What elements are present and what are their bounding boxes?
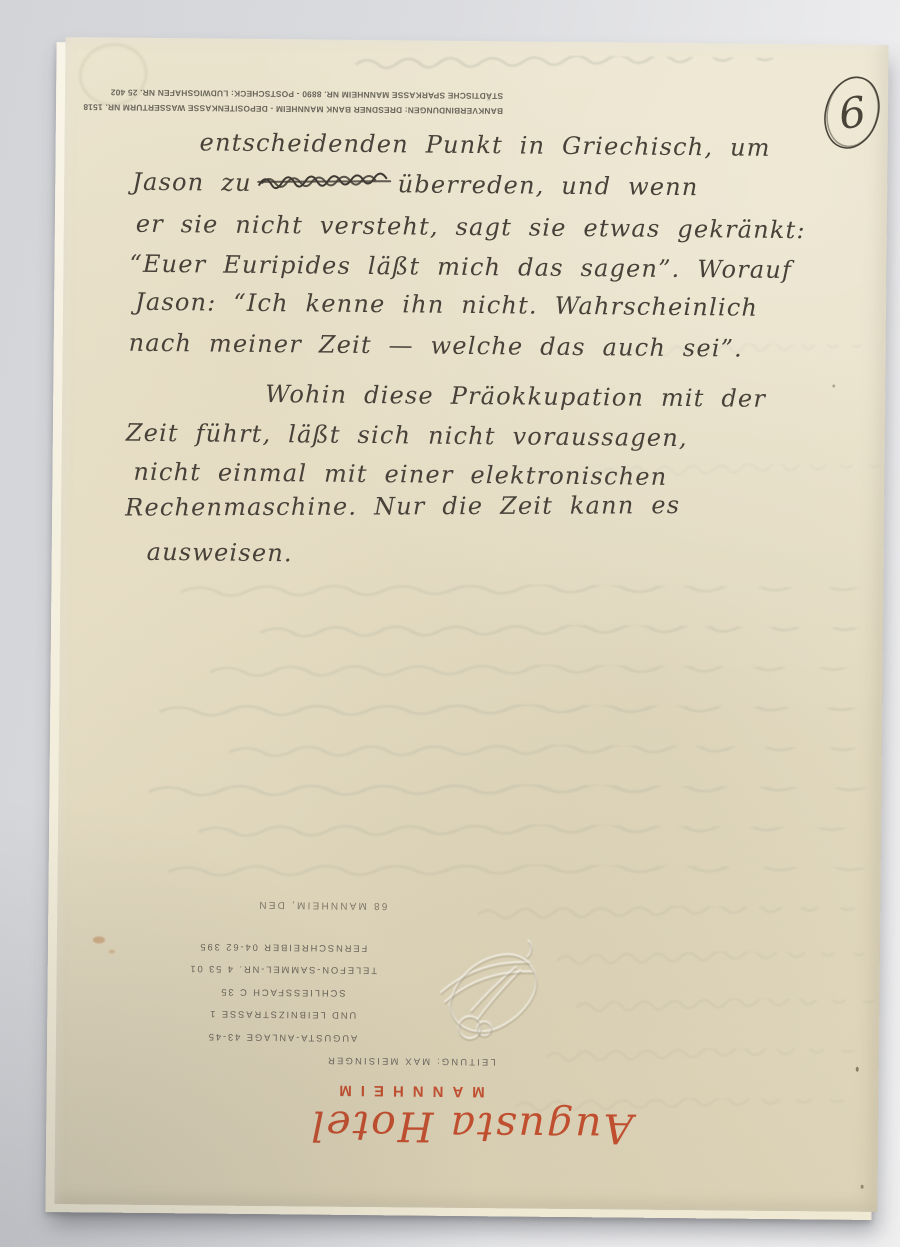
bank-footer-text: BANKVERBINDUNGEN: DRESDNER BANK MANNHEIM… [111,85,503,119]
address-line: SCHLIESSFACH C 35 [154,980,410,1005]
handwritten-line: Jason: “Ich kenne ihn nicht. Wahrscheinl… [135,288,758,322]
address-line: TELEFON-SAMMEL-NR. 4 53 01 [155,957,411,982]
bleedthrough-ghost [355,54,775,76]
handwritten-line: Jason zuüberreden, und wenn [132,168,699,201]
scanner-background: BANKVERBINDUNGEN: DRESDNER BANK MANNHEIM… [0,0,900,1247]
letter-page: BANKVERBINDUNGEN: DRESDNER BANK MANNHEIM… [54,37,888,1212]
address-block: AUGUSTA-ANLAGE 43-45 UND LEIBNIZSTRASSE … [154,935,411,1050]
scanned-letter-screenshot: { "page": { "circled_number": "6" }, "pr… [0,0,900,1247]
management-line: LEITUNG: MAX MEISINGER [318,1056,504,1069]
age-spot [93,936,105,943]
speck [856,1067,859,1072]
speck [861,1185,864,1189]
handwritten-line: “Euer Euripides läßt mich das sagen”. Wo… [129,250,792,284]
handwritten-line: nicht einmal mit einer elektronischen [133,458,667,491]
age-spot [109,950,115,954]
bleedthrough-ghost [546,1047,856,1068]
page-number-digit: 6 [836,87,869,139]
hotel-name-script: Augusta Hotel [273,1101,669,1153]
bleedthrough-ghost [168,861,868,886]
bleedthrough-ghost [180,581,860,606]
embossed-seal-icon [431,937,550,1044]
bleedthrough-ghost [148,781,868,806]
bleedthrough-ghost [198,821,848,845]
handwritten-line: ausweisen. [147,538,293,567]
bleedthrough-ghost [557,950,867,971]
bleedthrough-ghost [576,997,876,1018]
handwritten-line: Zeit führt, läßt sich nicht voraussagen, [126,419,688,452]
address-line: UND LEIBNIZSTRASSE 1 [154,1002,410,1027]
bleedthrough-ghost [477,904,857,926]
hotel-city: MANNHEIM [320,1082,494,1101]
bleedthrough-ghost [209,661,849,685]
handwritten-text: Jason zu [132,168,252,197]
bleedthrough-ghost [229,742,859,766]
speck [832,384,835,387]
scribbled-out-word [256,170,394,195]
handwritten-line: Wohin diese Präokkupation mit der [265,380,766,413]
handwritten-line: nach meiner Zeit — welche das auch sei”. [129,329,744,363]
handwritten-line: entscheidenden Punkt in Griechisch, um [199,128,770,161]
address-line: FERNSCHREIBER 04-62 395 [155,935,411,960]
bleedthrough-ghost [159,701,859,726]
circled-page-number: 6 [815,70,890,155]
dateline: 68 MANNHEIM, DEN [243,899,401,912]
handwritten-line: er sie nicht versteht, sagt sie etwas ge… [136,210,806,244]
handwritten-text: überreden, und wenn [398,170,699,201]
bleedthrough-ghost [260,622,860,646]
handwritten-line: Rechenmaschine. Nur die Zeit kann es [125,491,680,521]
address-line: AUGUSTA-ANLAGE 43-45 [154,1025,410,1050]
